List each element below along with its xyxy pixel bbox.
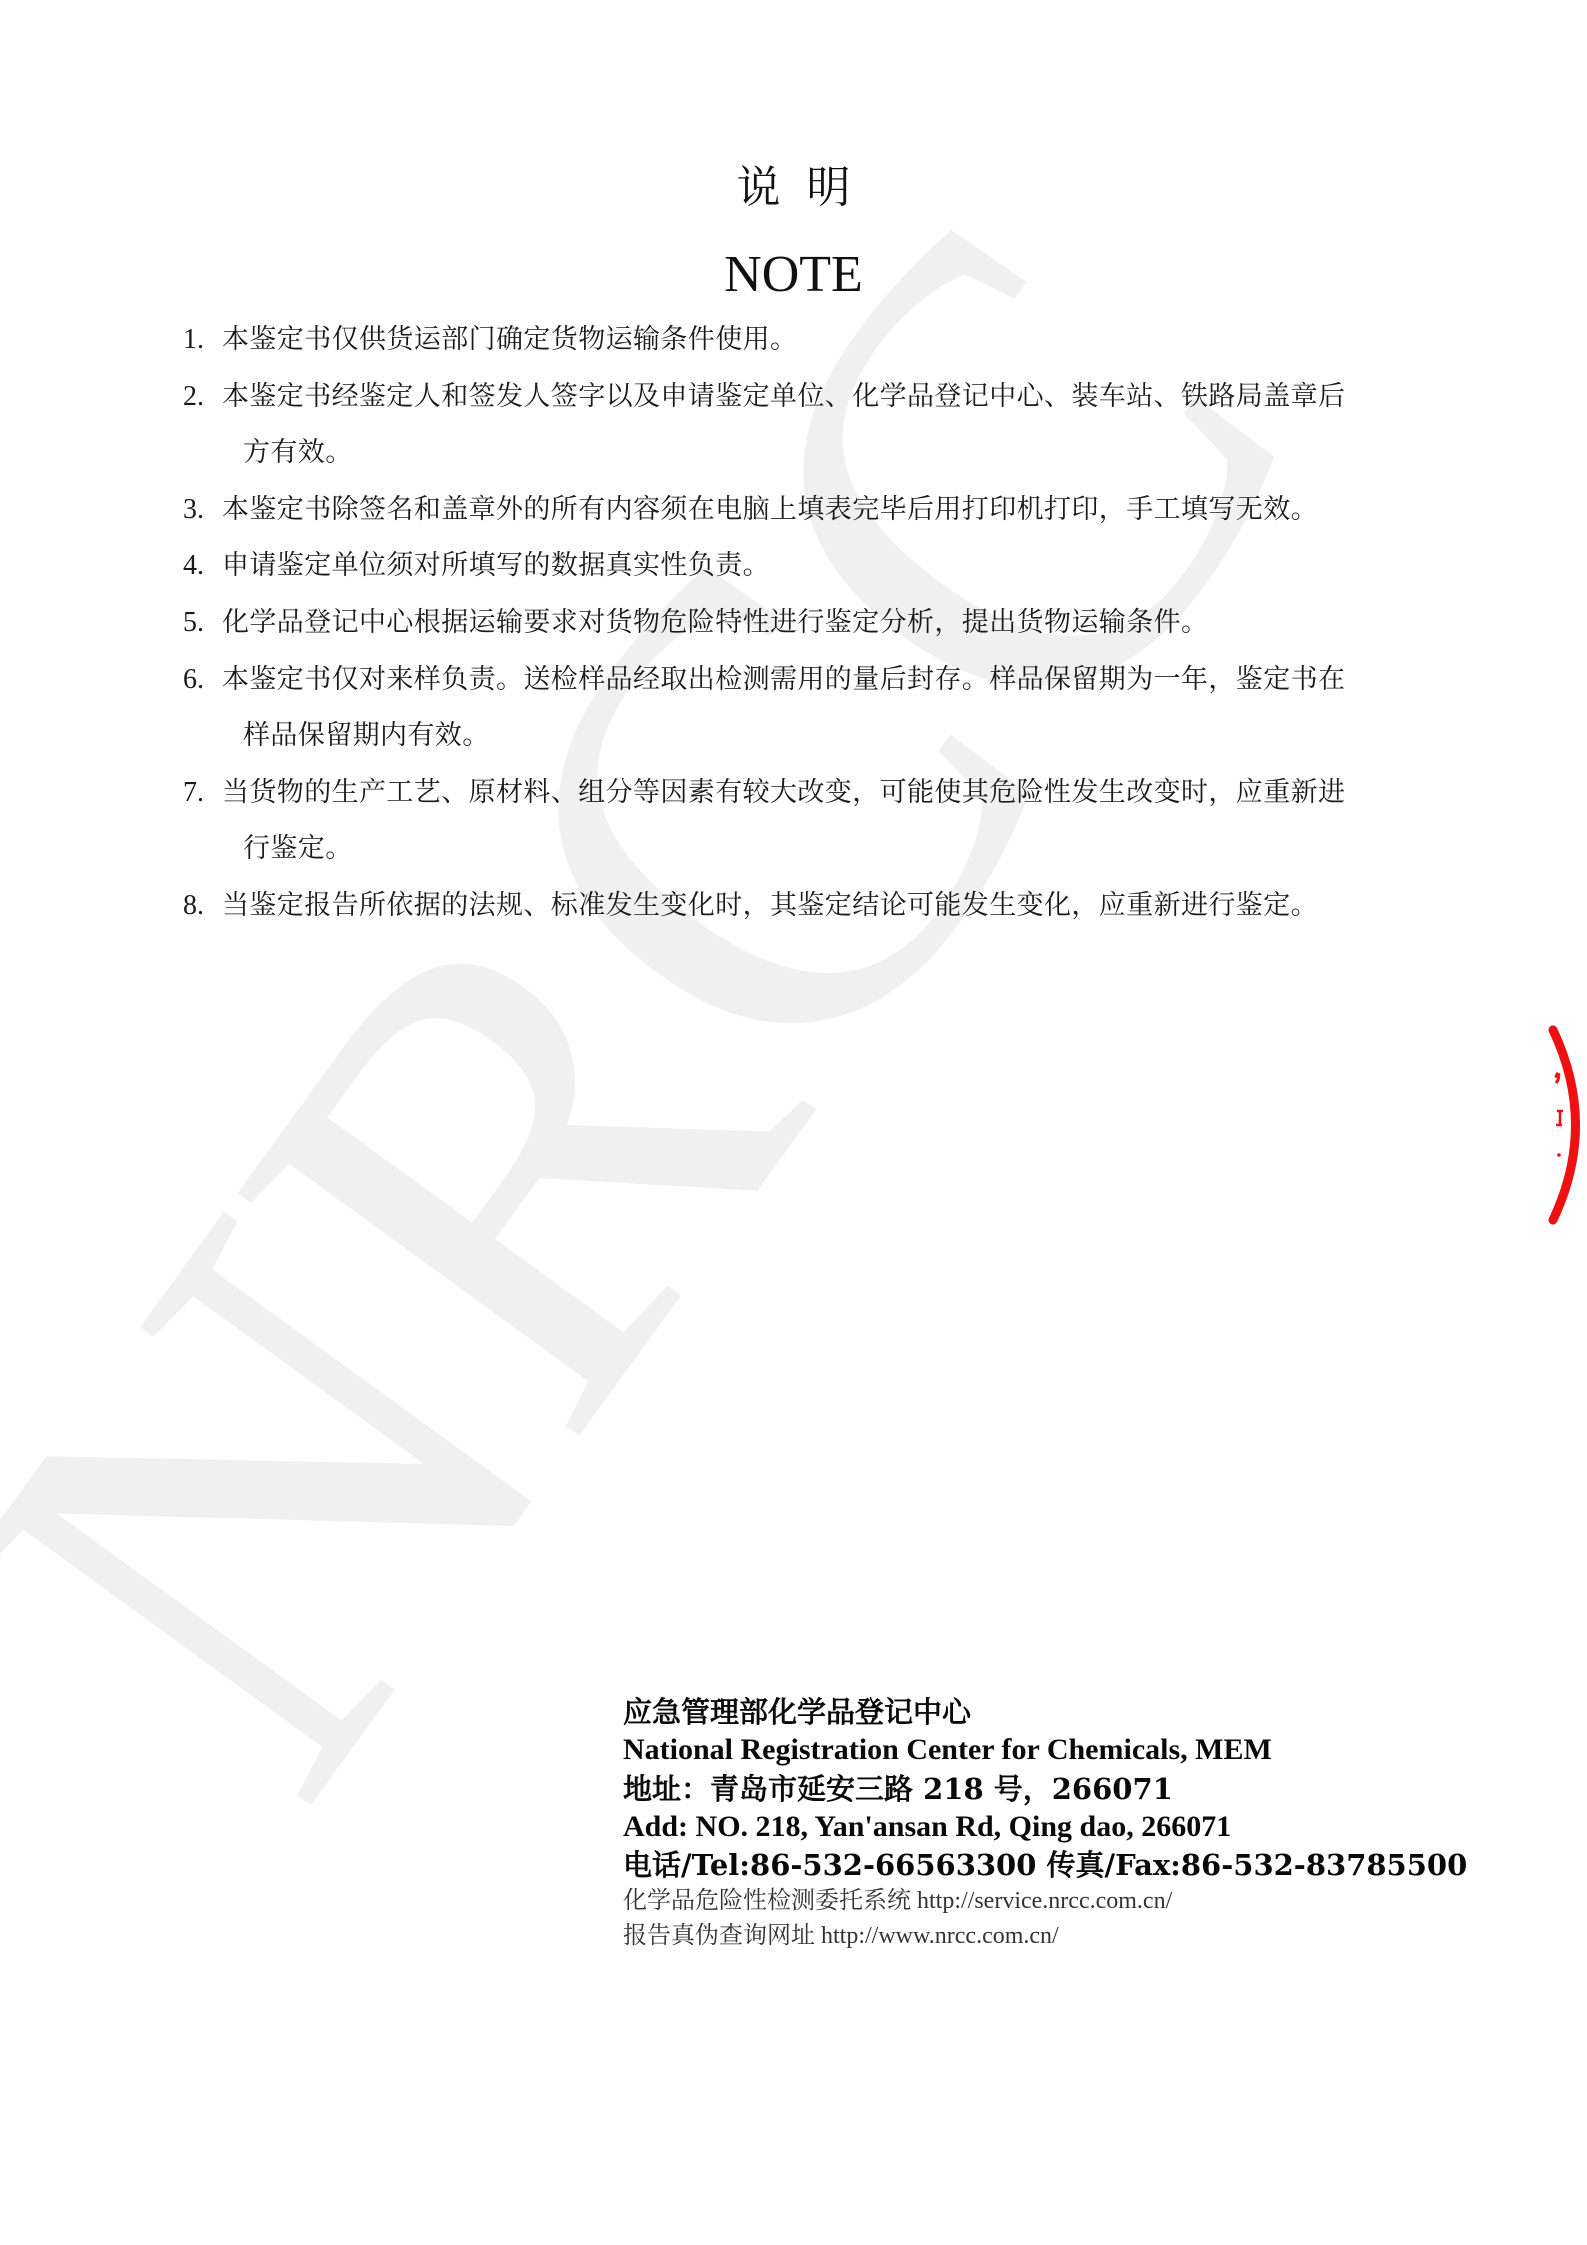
note-number: 2. [183, 369, 222, 482]
note-line: 当鉴定报告所依据的法规、标准发生变化时，其鉴定结论可能发生变化，应重新进行鉴定。 [222, 890, 1318, 921]
page-title-cn: 说明 [0, 158, 1587, 218]
note-number: 4. [183, 538, 222, 595]
note-item-2: 2. 本鉴定书经鉴定人和签发人签字以及申请鉴定单位、化学品登记中心、装车站、铁路… [183, 369, 1428, 482]
verify-line: 报告真伪查询网址 http://www.nrcc.com.cn/ [623, 1919, 1423, 1954]
service-system-line: 化学品危险性检测委托系统 http://service.nrcc.com.cn/ [623, 1884, 1423, 1919]
note-text: 本鉴定书仅供货运部门确定货物运输条件使用。 [222, 312, 1428, 369]
note-line-continued: 方有效。 [222, 425, 1428, 482]
note-text: 化学品登记中心根据运输要求对货物危险特性进行鉴定分析，提出货物运输条件。 [222, 595, 1428, 652]
note-line-continued: 样品保留期内有效。 [222, 708, 1428, 765]
note-number: 1. [183, 312, 222, 369]
service-system-link[interactable]: http://service.nrcc.com.cn/ [917, 1888, 1172, 1914]
note-line: 申请鉴定单位须对所填写的数据真实性负责。 [222, 550, 770, 581]
note-number: 3. [183, 482, 222, 539]
note-item-4: 4. 申请鉴定单位须对所填写的数据真实性负责。 [183, 538, 1428, 595]
note-number: 5. [183, 595, 222, 652]
note-item-7: 7. 当货物的生产工艺、原材料、组分等因素有较大改变，可能使其危险性发生改变时，… [183, 765, 1428, 878]
note-number: 8. [183, 878, 222, 935]
notes-list: 1. 本鉴定书仅供货运部门确定货物运输条件使用。 2. 本鉴定书经鉴定人和签发人… [183, 312, 1428, 935]
org-name-en: National Registration Center for Chemica… [623, 1731, 1423, 1769]
note-line: 当货物的生产工艺、原材料、组分等因素有较大改变，可能使其危险性发生改变时，应重新… [222, 777, 1345, 808]
note-text: 当货物的生产工艺、原材料、组分等因素有较大改变，可能使其危险性发生改变时，应重新… [222, 765, 1428, 878]
note-number: 7. [183, 765, 222, 878]
verify-label: 报告真伪查询网址 [623, 1923, 821, 1949]
address-en: Add: NO. 218, Yan'ansan Rd, Qing dao, 26… [623, 1808, 1423, 1846]
phone-fax: 电话/Tel:86-532-66563300 传真/Fax:86-532-837… [623, 1846, 1423, 1884]
note-line-continued: 行鉴定。 [222, 821, 1428, 878]
note-line: 本鉴定书仅对来样负责。送检样品经取出检测需用的量后封存。样品保留期为一年，鉴定书… [222, 664, 1345, 695]
note-item-3: 3. 本鉴定书除签名和盖章外的所有内容须在电脑上填表完毕后用打印机打印，手工填写… [183, 482, 1428, 539]
note-line: 本鉴定书除签名和盖章外的所有内容须在电脑上填表完毕后用打印机打印，手工填写无效。 [222, 494, 1318, 525]
note-item-5: 5. 化学品登记中心根据运输要求对货物危险特性进行鉴定分析，提出货物运输条件。 [183, 595, 1428, 652]
note-text: 本鉴定书经鉴定人和签发人签字以及申请鉴定单位、化学品登记中心、装车站、铁路局盖章… [222, 369, 1428, 482]
note-line: 本鉴定书仅供货运部门确定货物运输条件使用。 [222, 324, 797, 355]
service-system-label: 化学品危险性检测委托系统 [623, 1888, 917, 1914]
verify-link[interactable]: http://www.nrcc.com.cn/ [821, 1923, 1059, 1949]
note-text: 当鉴定报告所依据的法规、标准发生变化时，其鉴定结论可能发生变化，应重新进行鉴定。 [222, 878, 1428, 935]
page-title-en: NOTE [0, 242, 1587, 308]
org-name-cn: 应急管理部化学品登记中心 [623, 1693, 1423, 1731]
address-cn: 地址：青岛市延安三路 218 号，266071 [623, 1770, 1423, 1808]
note-text: 申请鉴定单位须对所填写的数据真实性负责。 [222, 538, 1428, 595]
document-page: 说明 NOTE 1. 本鉴定书仅供货运部门确定货物运输条件使用。 2. 本鉴定书… [0, 0, 1587, 2245]
note-item-8: 8. 当鉴定报告所依据的法规、标准发生变化时，其鉴定结论可能发生变化，应重新进行… [183, 878, 1428, 935]
contact-footer: 应急管理部化学品登记中心 National Registration Cente… [623, 1693, 1423, 1954]
note-line: 本鉴定书经鉴定人和签发人签字以及申请鉴定单位、化学品登记中心、装车站、铁路局盖章… [222, 381, 1345, 412]
note-text: 本鉴定书仅对来样负责。送检样品经取出检测需用的量后封存。样品保留期为一年，鉴定书… [222, 652, 1428, 765]
note-number: 6. [183, 652, 222, 765]
note-line: 化学品登记中心根据运输要求对货物危险特性进行鉴定分析，提出货物运输条件。 [222, 607, 1208, 638]
note-item-1: 1. 本鉴定书仅供货运部门确定货物运输条件使用。 [183, 312, 1428, 369]
note-item-6: 6. 本鉴定书仅对来样负责。送检样品经取出检测需用的量后封存。样品保留期为一年，… [183, 652, 1428, 765]
note-text: 本鉴定书除签名和盖章外的所有内容须在电脑上填表完毕后用打印机打印，手工填写无效。 [222, 482, 1428, 539]
